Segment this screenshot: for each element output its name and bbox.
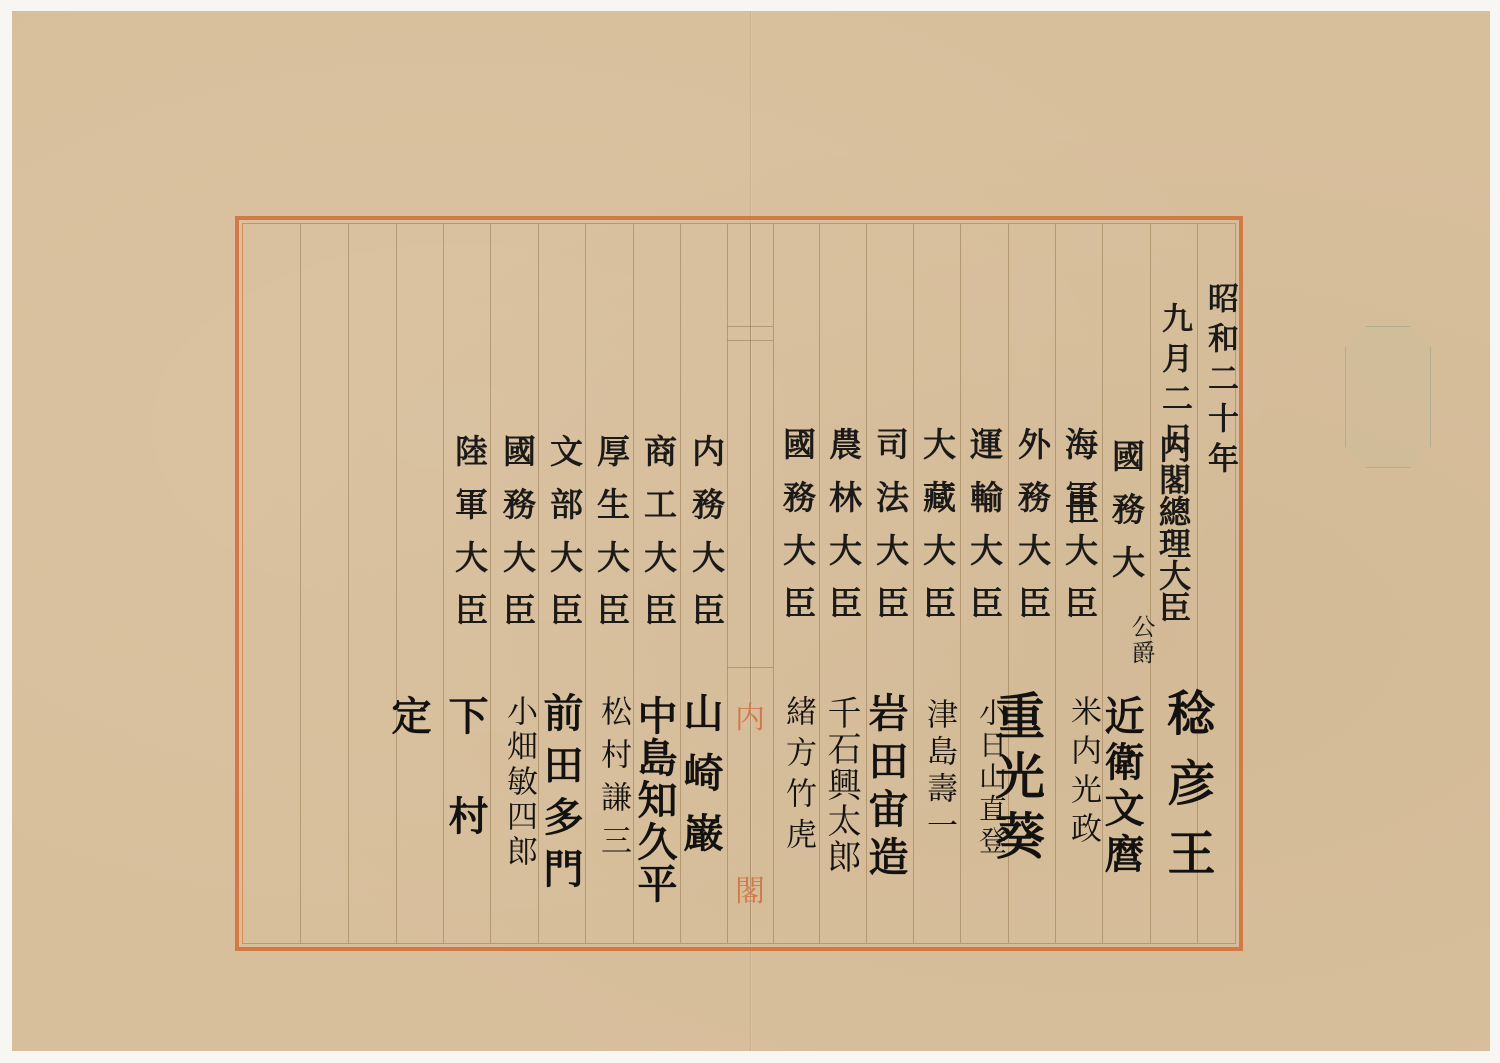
hashira-mark — [727, 667, 773, 668]
signature-sengoku: 千石興太郎 — [820, 695, 866, 965]
title-army-minister: 陸軍大臣 — [446, 425, 492, 655]
title-state-minister-3: 國務大臣 — [494, 425, 540, 655]
title-state-minister-1: 國務大臣 — [1103, 418, 1149, 618]
title-commerce-minister: 商工大臣 — [635, 425, 681, 655]
cabinet-seal-bottom: 閣 — [735, 866, 765, 910]
signature-matsumura: 松村謙三 — [590, 695, 636, 945]
signature-prime-minister: 稔彦王 — [1176, 688, 1222, 948]
signature-yamazaki: 山崎巌 — [683, 692, 729, 942]
cabinet-seal-top: 内 — [735, 693, 765, 737]
title-finance-minister: 大藏大臣 — [914, 418, 960, 648]
title-justice-minister: 司法大臣 — [867, 418, 913, 648]
title-transport-minister: 運輸大臣 — [961, 418, 1007, 648]
hashira-mark — [727, 340, 773, 341]
center-fold-rule — [750, 224, 751, 943]
column-rule — [300, 224, 301, 943]
title-state-minister-2: 國務大臣 — [774, 418, 820, 648]
date-line: 昭和二十年九月二日 — [1197, 282, 1243, 482]
signature-tsushima: 津島壽一 — [916, 698, 962, 938]
title-education-minister: 文部大臣 — [541, 425, 587, 655]
title-navy-minister: 海軍大臣 — [1056, 418, 1102, 648]
signature-iwata: 岩田宙造 — [868, 692, 914, 942]
hashira-mark — [727, 326, 773, 327]
column-rule — [396, 224, 397, 943]
title-prime-minister: 内閣總理大臣 — [1150, 412, 1196, 642]
signature-obata: 小畑敏四郎 — [496, 695, 542, 945]
signature-shigemitsu: 重光葵 — [1006, 690, 1052, 940]
title-foreign-minister: 外務大臣 — [1009, 418, 1055, 648]
signature-konoe: 近衛文麿 — [1104, 695, 1150, 945]
signature-kohiyama: 小日山直登 — [965, 698, 1011, 938]
column-rule — [348, 224, 349, 943]
title-agriculture-minister: 農林大臣 — [820, 418, 866, 648]
signature-nakajima: 中島知久平 — [637, 695, 683, 965]
rank-prince: 公爵 — [1113, 614, 1159, 684]
signature-shimomura: 下村定 — [448, 695, 494, 945]
signature-maeda: 前田多門 — [543, 692, 589, 942]
signature-yonai: 米内光政 — [1060, 695, 1106, 935]
archive-stamp-text — [1362, 350, 1412, 445]
title-home-minister: 内務大臣 — [683, 425, 729, 655]
title-welfare-minister: 厚生大臣 — [588, 425, 634, 655]
signature-ogata: 緒方竹虎 — [775, 695, 821, 945]
